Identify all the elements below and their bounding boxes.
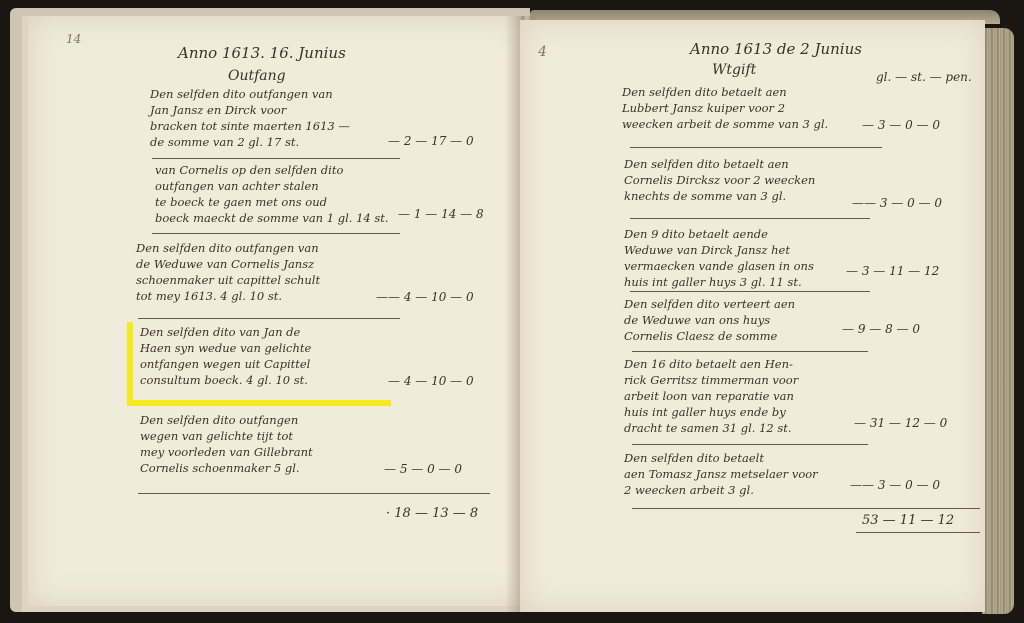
- entry-line: Den selfden dito van Jan de: [140, 324, 311, 340]
- entry-line: vermaecken vande glasen in ons: [624, 258, 814, 274]
- entry-amount: — 3 — 11 — 12: [846, 264, 939, 278]
- page-total: · 18 — 13 — 8: [386, 506, 478, 521]
- entry-line: de somme van 2 gl. 17 st.: [150, 134, 350, 150]
- entry-line: Den selfden dito betaelt aen: [622, 84, 828, 100]
- entry-line: Den selfden dito outfangen van: [150, 86, 350, 102]
- page-block-fore-edge: [982, 28, 1014, 614]
- entry-line: van Cornelis op den selfden dito: [155, 162, 389, 178]
- entry-divider: [632, 351, 868, 352]
- entry-line: knechts de somme van 3 gl.: [624, 188, 815, 204]
- entry-amount: — 1 — 14 — 8: [398, 207, 484, 221]
- entry-line: Cornelis Claesz de somme: [624, 328, 795, 344]
- ledger-entry-highlighted: Den selfden dito van Jan de Haen syn wed…: [140, 324, 311, 388]
- entry-line: Lubbert Jansz kuiper voor 2: [622, 100, 828, 116]
- page-marker: 4: [538, 44, 547, 60]
- entry-amount: — 31 — 12 — 0: [854, 416, 947, 430]
- ledger-entry: Den selfden dito outfangen van Jan Jansz…: [150, 86, 350, 150]
- page-heading: Anno 1613. 16. Junius: [178, 44, 346, 62]
- open-ledger-book: 14 Anno 1613. 16. Junius Outfang Den sel…: [0, 0, 1024, 623]
- column-header: gl. — st. — pen.: [876, 70, 972, 84]
- ledger-entry: Den 9 dito betaelt aende Weduwe van Dirc…: [624, 226, 814, 290]
- entry-divider: [632, 444, 868, 445]
- entry-amount: —— 3 — 0 — 0: [852, 196, 942, 210]
- total-divider: [138, 493, 490, 494]
- entry-divider: [152, 158, 400, 159]
- page-total: 53 — 11 — 12: [862, 513, 954, 528]
- entry-divider: [152, 233, 400, 234]
- entry-amount: — 5 — 0 — 0: [384, 462, 462, 476]
- entry-line: wegen van gelichte tijt tot: [140, 428, 313, 444]
- entry-line: tot mey 1613. 4 gl. 10 st.: [136, 288, 320, 304]
- entry-amount: — 9 — 8 — 0: [842, 322, 920, 336]
- entry-line: boeck maeckt de somme van 1 gl. 14 st.: [155, 210, 389, 226]
- entry-line: 2 weecken arbeit 3 gl.: [624, 482, 818, 498]
- entry-line: consultum boeck. 4 gl. 10 st.: [140, 372, 311, 388]
- entry-line: bracken tot sinte maerten 1613 —: [150, 118, 350, 134]
- page-subheading: Wtgift: [712, 62, 756, 78]
- entry-line: weecken arbeit de somme van 3 gl.: [622, 116, 828, 132]
- entry-line: Cornelis schoenmaker 5 gl.: [140, 460, 313, 476]
- entry-amount: — 3 — 0 — 0: [862, 118, 940, 132]
- entry-line: arbeit loon van reparatie van: [624, 388, 798, 404]
- page-number: 14: [66, 32, 81, 46]
- entry-line: Den 9 dito betaelt aende: [624, 226, 814, 242]
- page-subheading: Outfang: [228, 68, 286, 84]
- page-heading: Anno 1613 de 2 Junius: [690, 40, 862, 58]
- entry-line: ontfangen wegen uit Capittel: [140, 356, 311, 372]
- total-underline: [856, 532, 980, 533]
- entry-line: Den selfden dito verteert aen: [624, 296, 795, 312]
- entry-line: outfangen van achter stalen: [155, 178, 389, 194]
- ledger-entry: Den selfden dito betaelt aen Lubbert Jan…: [622, 84, 828, 132]
- entry-line: Den selfden dito betaelt aen: [624, 156, 815, 172]
- entry-line: Cornelis Dircksz voor 2 weecken: [624, 172, 815, 188]
- entry-divider: [630, 147, 882, 148]
- entry-line: de Weduwe van ons huys: [624, 312, 795, 328]
- ledger-entry: Den selfden dito outfangen van de Weduwe…: [136, 240, 320, 304]
- entry-line: Haen syn wedue van gelichte: [140, 340, 311, 356]
- entry-line: rick Gerritsz timmerman voor: [624, 372, 798, 388]
- total-divider: [632, 508, 980, 509]
- ledger-entry: Den selfden dito verteert aen de Weduwe …: [624, 296, 795, 344]
- entry-line: huis int galler huys ende by: [624, 404, 798, 420]
- entry-line: Den selfden dito outfangen van: [136, 240, 320, 256]
- entry-line: Den 16 dito betaelt aen Hen-: [624, 356, 798, 372]
- entry-line: mey voorleden van Gillebrant: [140, 444, 313, 460]
- entry-divider: [138, 318, 400, 319]
- entry-line: aen Tomasz Jansz metselaer voor: [624, 466, 818, 482]
- ledger-entry: Den selfden dito outfangen wegen van gel…: [140, 412, 313, 476]
- entry-line: schoenmaker uit capittel schult: [136, 272, 320, 288]
- entry-line: dracht te samen 31 gl. 12 st.: [624, 420, 798, 436]
- entry-amount: — 2 — 17 — 0: [388, 134, 474, 148]
- entry-line: Weduwe van Dirck Jansz het: [624, 242, 814, 258]
- entry-divider: [630, 291, 870, 292]
- entry-line: de Weduwe van Cornelis Jansz: [136, 256, 320, 272]
- entry-line: huis int galler huys 3 gl. 11 st.: [624, 274, 814, 290]
- entry-line: te boeck te gaen met ons oud: [155, 194, 389, 210]
- entry-line: Jan Jansz en Dirck voor: [150, 102, 350, 118]
- ledger-entry: Den 16 dito betaelt aen Hen- rick Gerrit…: [624, 356, 798, 436]
- ledger-entry: Den selfden dito betaelt aen Cornelis Di…: [624, 156, 815, 204]
- entry-amount: —— 3 — 0 — 0: [850, 478, 940, 492]
- entry-amount: — 4 — 10 — 0: [388, 374, 474, 388]
- entry-line: Den selfden dito betaelt: [624, 450, 818, 466]
- ledger-entry: van Cornelis op den selfden dito outfang…: [155, 162, 389, 226]
- entry-amount: —— 4 — 10 — 0: [376, 290, 474, 304]
- entry-divider: [630, 218, 870, 219]
- entry-line: Den selfden dito outfangen: [140, 412, 313, 428]
- ledger-entry: Den selfden dito betaelt aen Tomasz Jans…: [624, 450, 818, 498]
